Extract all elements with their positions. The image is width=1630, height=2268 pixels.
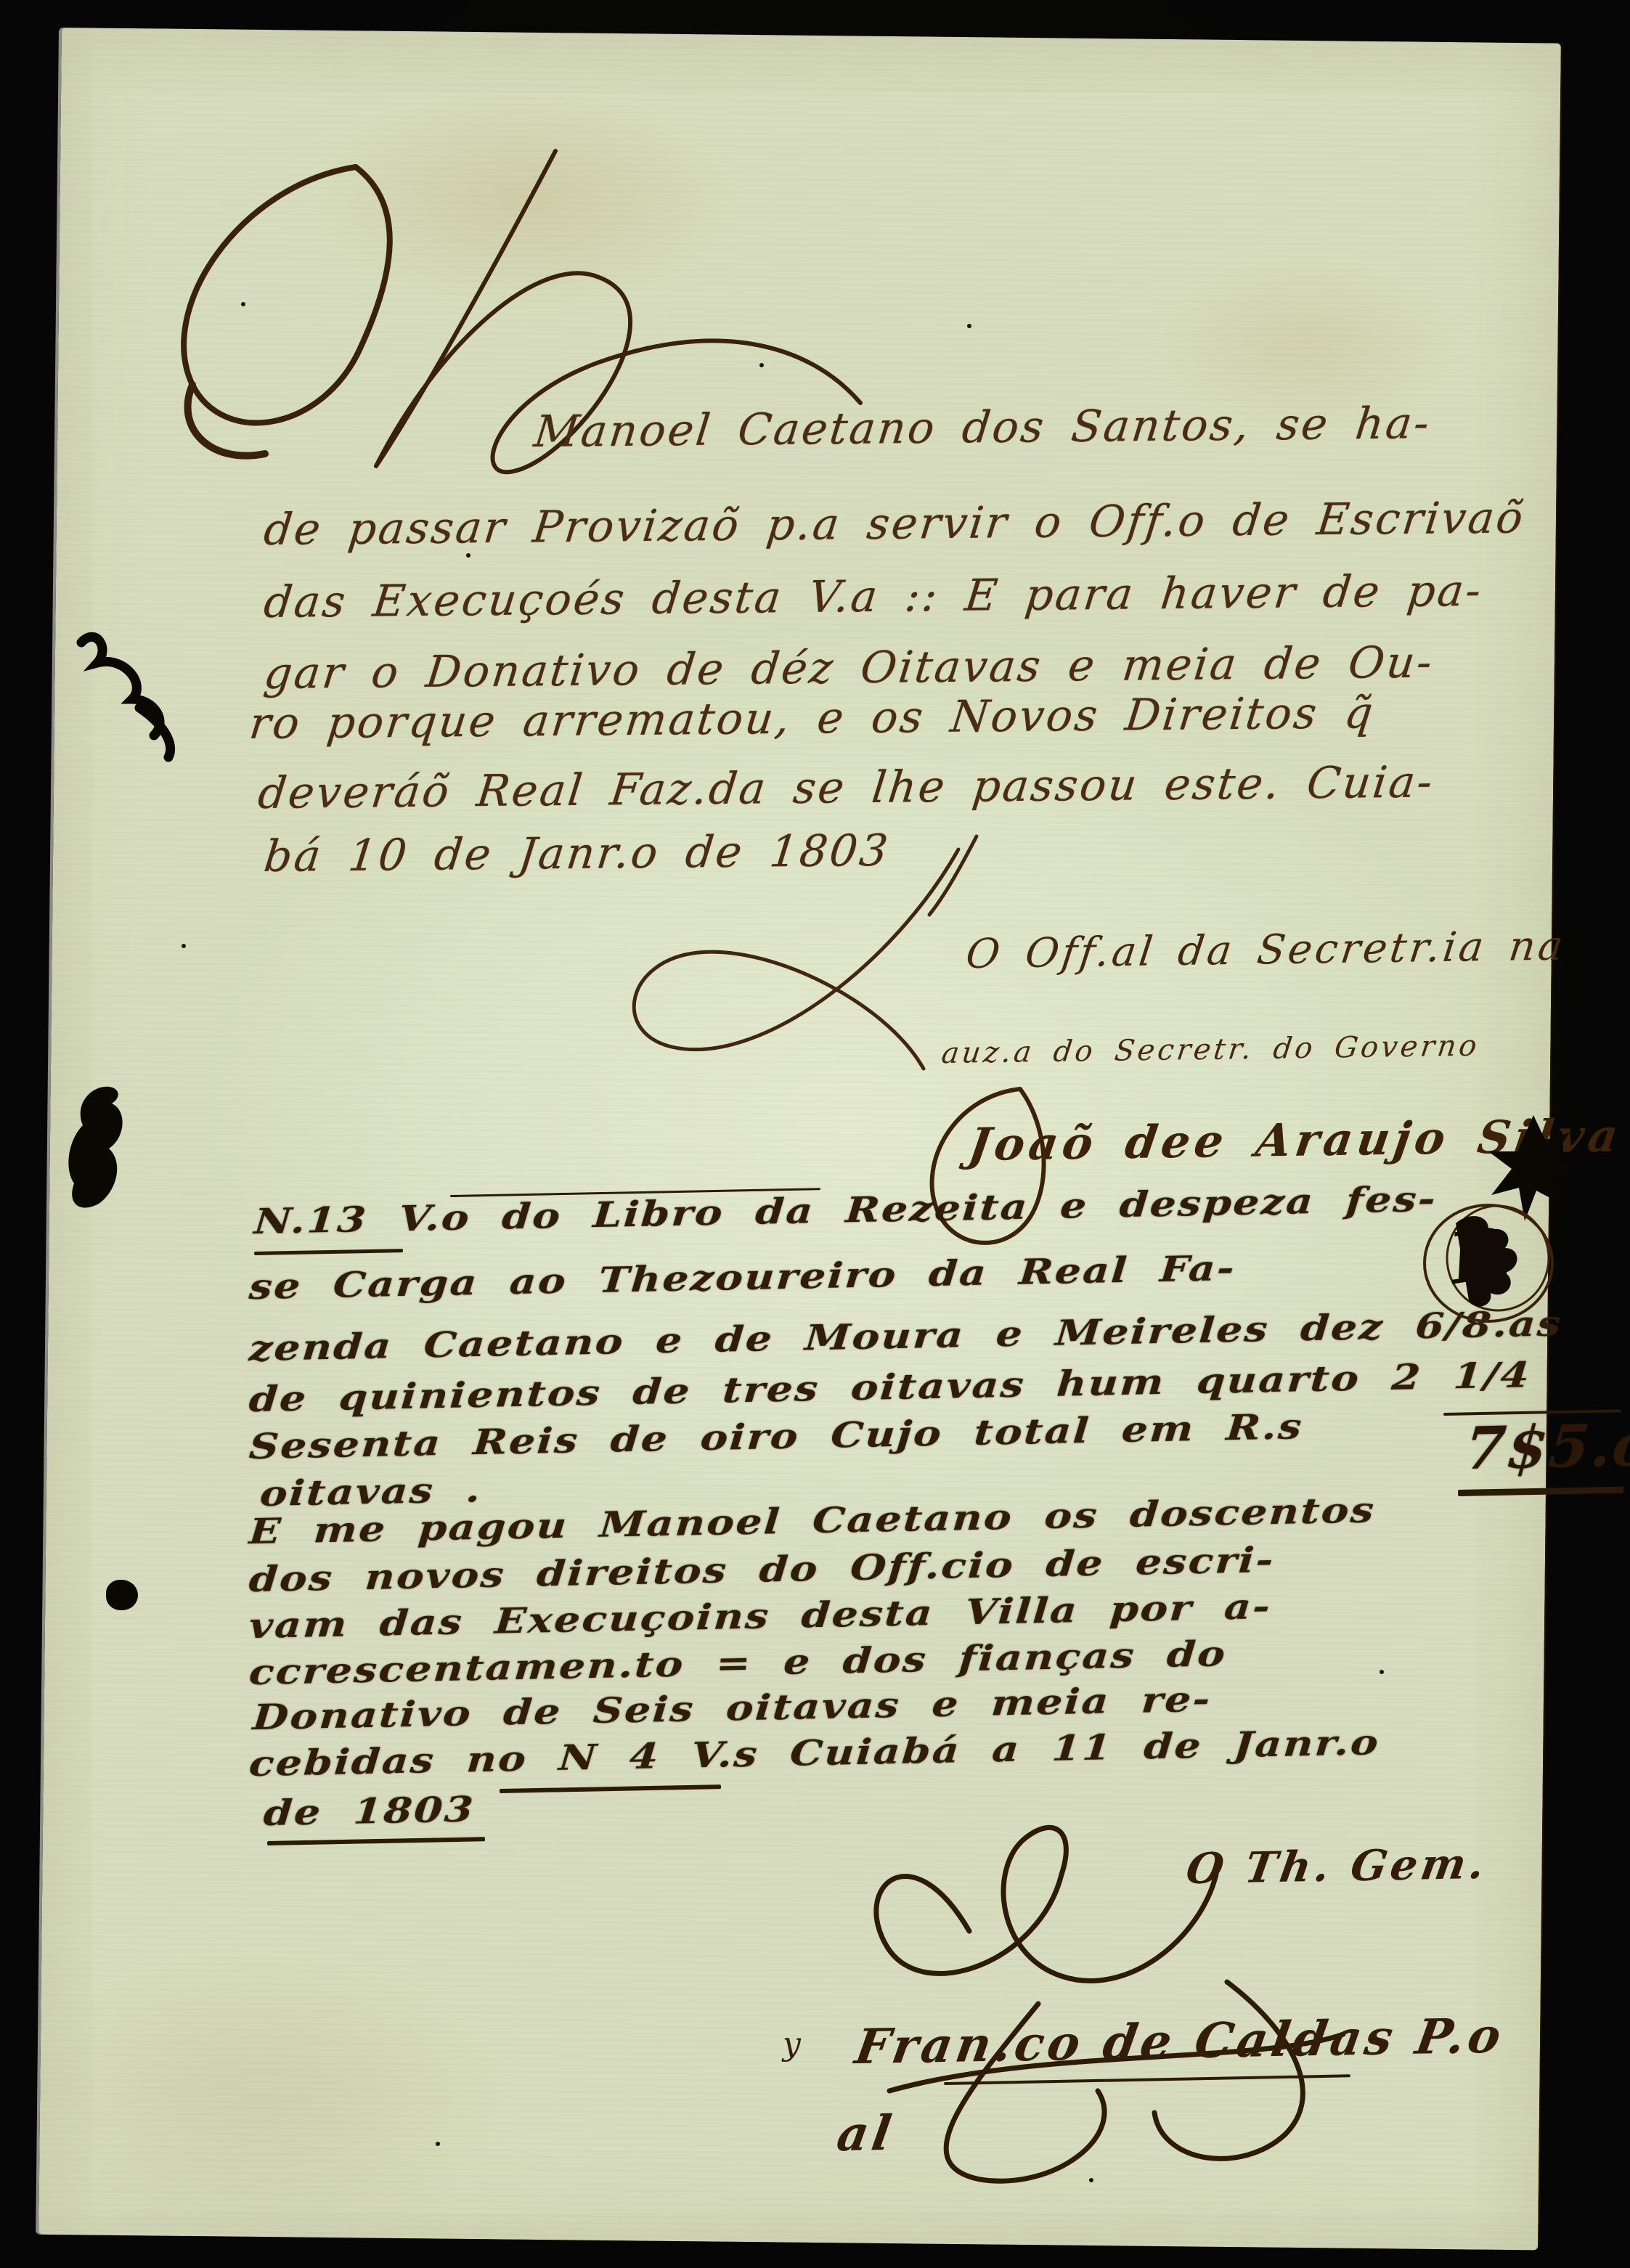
main-text-line: ro porque arrematou, e os Novos Direitos… — [247, 688, 1377, 749]
date-swash-flourish — [581, 828, 987, 1096]
closing-office-label: O Th. Gem. — [1183, 1839, 1491, 1893]
registry-letter: R — [1445, 1211, 1514, 1300]
sum-figure: 7$5.os — [1462, 1410, 1630, 1483]
ink-scribble-left-margin — [65, 621, 203, 751]
stray-mark: y — [783, 2026, 801, 2063]
paper-speck — [1380, 1670, 1384, 1674]
photograph-stage: Manoel Caetano dos Santos, se ha- de pas… — [0, 0, 1630, 2268]
registry-mark-circled: R — [1412, 1194, 1565, 1339]
closing-signature: Fran.co de Caldas P.o — [852, 2007, 1509, 2075]
paper-speck — [466, 553, 470, 558]
ink-dot-left — [106, 1580, 138, 1610]
registration-line: de 1803 — [262, 1789, 476, 1834]
closing-rubric: al — [834, 2105, 899, 2163]
paper-speck — [967, 324, 971, 328]
paper-speck — [182, 944, 186, 948]
main-text-line: Manoel Caetano dos Santos, se ha- — [531, 398, 1434, 457]
signature-j-flourish — [911, 1074, 1085, 1278]
ink-blot-left-edge — [58, 1082, 138, 1220]
office-note-line: O Off.al da Secretr.ia na — [963, 922, 1568, 978]
paper-speck — [436, 2142, 440, 2146]
